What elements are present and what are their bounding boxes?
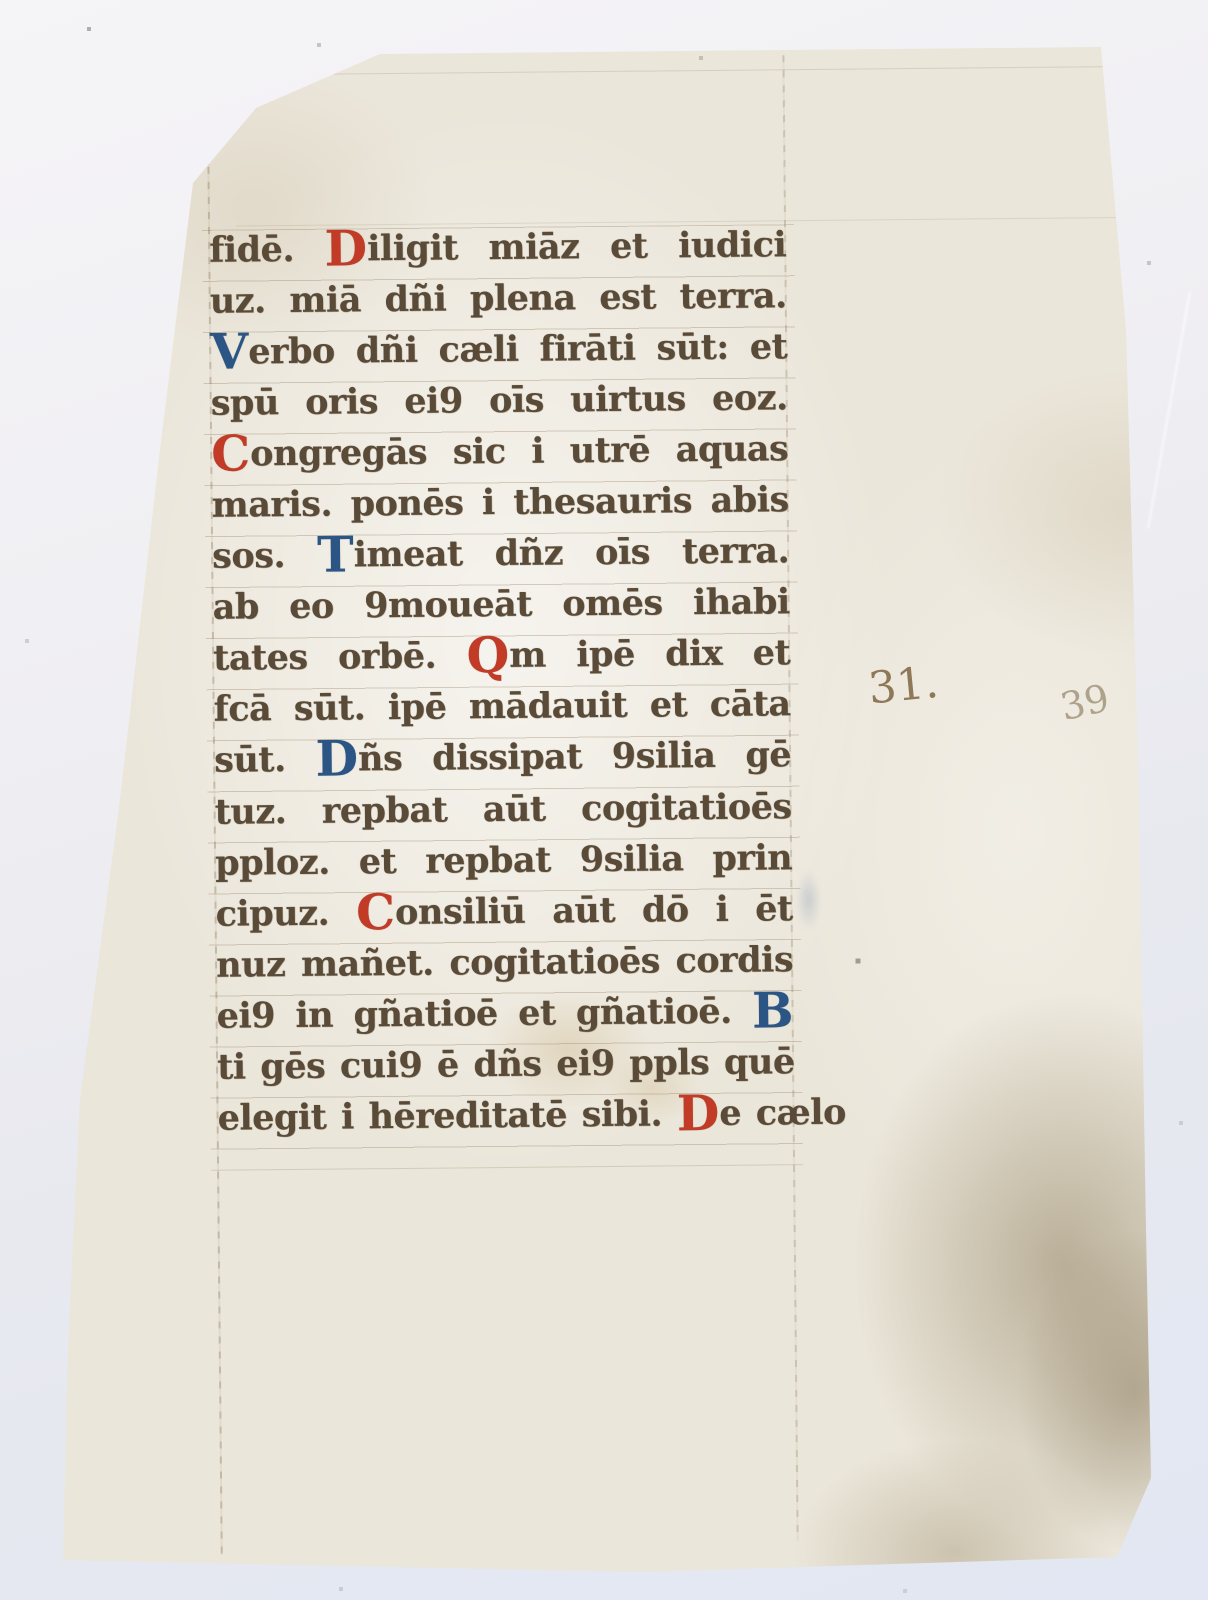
manuscript-text-line: elegit i hēreditatē sibi. De cælo (217, 1087, 794, 1144)
text-segment: imeat dñz oīs terra. (353, 531, 789, 576)
text-segment: nuz mañet. cogitatioēs cordis (216, 939, 793, 986)
manuscript-text-line: tates orbē. Qm ipē dix et (213, 628, 790, 685)
photo-background: fidē. Diligit miāz et iudiciuz. miā dñi … (0, 0, 1208, 1600)
manuscript-text-line: Congregās sic i utrē aquas (211, 423, 788, 480)
text-segment: pploz. et repbat 9silia prin (215, 837, 792, 884)
manuscript-text-line: uz. miā dñi plena est terra. (209, 270, 786, 327)
text-segment: ñs dissipat 9silia gē (358, 735, 791, 780)
text-segment: ab eo 9moueāt omēs ihabi (212, 582, 789, 629)
illuminated-initial-blue: T (317, 526, 354, 584)
text-segment: cipuz. (215, 892, 356, 934)
text-segment: e cælo (719, 1091, 846, 1133)
text-segment: ti gēs cui9 ē dñs ei9 ppls quē (217, 1041, 795, 1088)
illuminated-initial-red: D (677, 1084, 720, 1142)
text-segment: fcā sūt. ipē mādauit et cāta (213, 684, 790, 731)
manuscript-text-line: ab eo 9moueāt omēs ihabi (212, 577, 789, 634)
manuscript-text-line: tuz. repbat aūt cogitatioēs (214, 781, 791, 838)
illuminated-initial-blue: V (210, 322, 249, 380)
illuminated-initial-red: C (356, 883, 396, 941)
text-segment: maris. ponēs i thesauris abis (211, 479, 788, 526)
manuscript-text-line: spū oris ei9 oīs uirtus eoz. (210, 372, 787, 429)
text-segment: fidē. (209, 229, 325, 271)
folio-numeral-39: 39 (1056, 676, 1113, 729)
illuminated-initial-red: Q (466, 626, 509, 684)
text-segment: m ipē dix et (509, 633, 790, 677)
manuscript-text-line: fcā sūt. ipē mādauit et cāta (213, 679, 790, 736)
text-segment: sos. (212, 535, 317, 577)
dust-specks (0, 0, 2, 2)
text-segment: ei9 in gñatioē et gñatioē. (216, 990, 752, 1036)
manuscript-text-line: sos. Timeat dñz oīs terra. (212, 526, 789, 583)
text-segment: spū oris ei9 oīs uirtus eoz. (211, 377, 788, 424)
text-segment: tuz. repbat aūt cogitatioēs (214, 786, 791, 833)
illuminated-initial-blue: B (752, 981, 794, 1039)
text-segment: onsiliū aūt dō i ēt (395, 888, 793, 933)
text-block: fidē. Diligit miāz et iudiciuz. miā dñi … (209, 219, 795, 1143)
background-crease (1147, 292, 1190, 529)
manuscript-text-line: sūt. Dñs dissipat 9silia gē (214, 730, 791, 787)
text-segment: erbo dñi cæli firāti sūt: et (248, 326, 787, 372)
text-segment: sūt. (214, 739, 316, 781)
text-segment: elegit i hēreditatē sibi. (217, 1093, 677, 1138)
folio-numeral-31: 31. (866, 657, 941, 715)
illuminated-initial-red: D (324, 219, 367, 277)
manuscript-text-line: Verbo dñi cæli firāti sūt: et (210, 321, 787, 378)
manuscript-text-line: nuz mañet. cogitatioēs cordis (216, 934, 793, 991)
manuscript-text-line: cipuz. Consiliū aūt dō i ēt (215, 883, 792, 940)
text-segment: uz. miā dñi plena est terra. (210, 275, 787, 322)
manuscript-leaf: fidē. Diligit miāz et iudiciuz. miā dñi … (0, 0, 1208, 1600)
manuscript-text-line: fidē. Diligit miāz et iudici (209, 219, 786, 276)
manuscript-text-line: maris. ponēs i thesauris abis (211, 474, 788, 531)
text-segment: iligit miāz et iudici (367, 224, 786, 269)
written-area: fidē. Diligit miāz et iudiciuz. miā dñi … (0, 0, 1208, 1600)
illuminated-initial-red: C (211, 425, 251, 483)
illuminated-initial-blue: D (315, 730, 358, 788)
ink-smudge (795, 869, 822, 931)
text-segment: tates orbē. (213, 636, 467, 679)
text-segment: ongregās sic i utrē aquas (250, 428, 788, 474)
ruling-top-line (245, 66, 1115, 75)
ruling-bottom-line (211, 1164, 803, 1171)
manuscript-text-line: pploz. et repbat 9silia prin (215, 832, 792, 889)
manuscript-text-line: ei9 in gñatioē et gñatioē. B (216, 985, 793, 1042)
